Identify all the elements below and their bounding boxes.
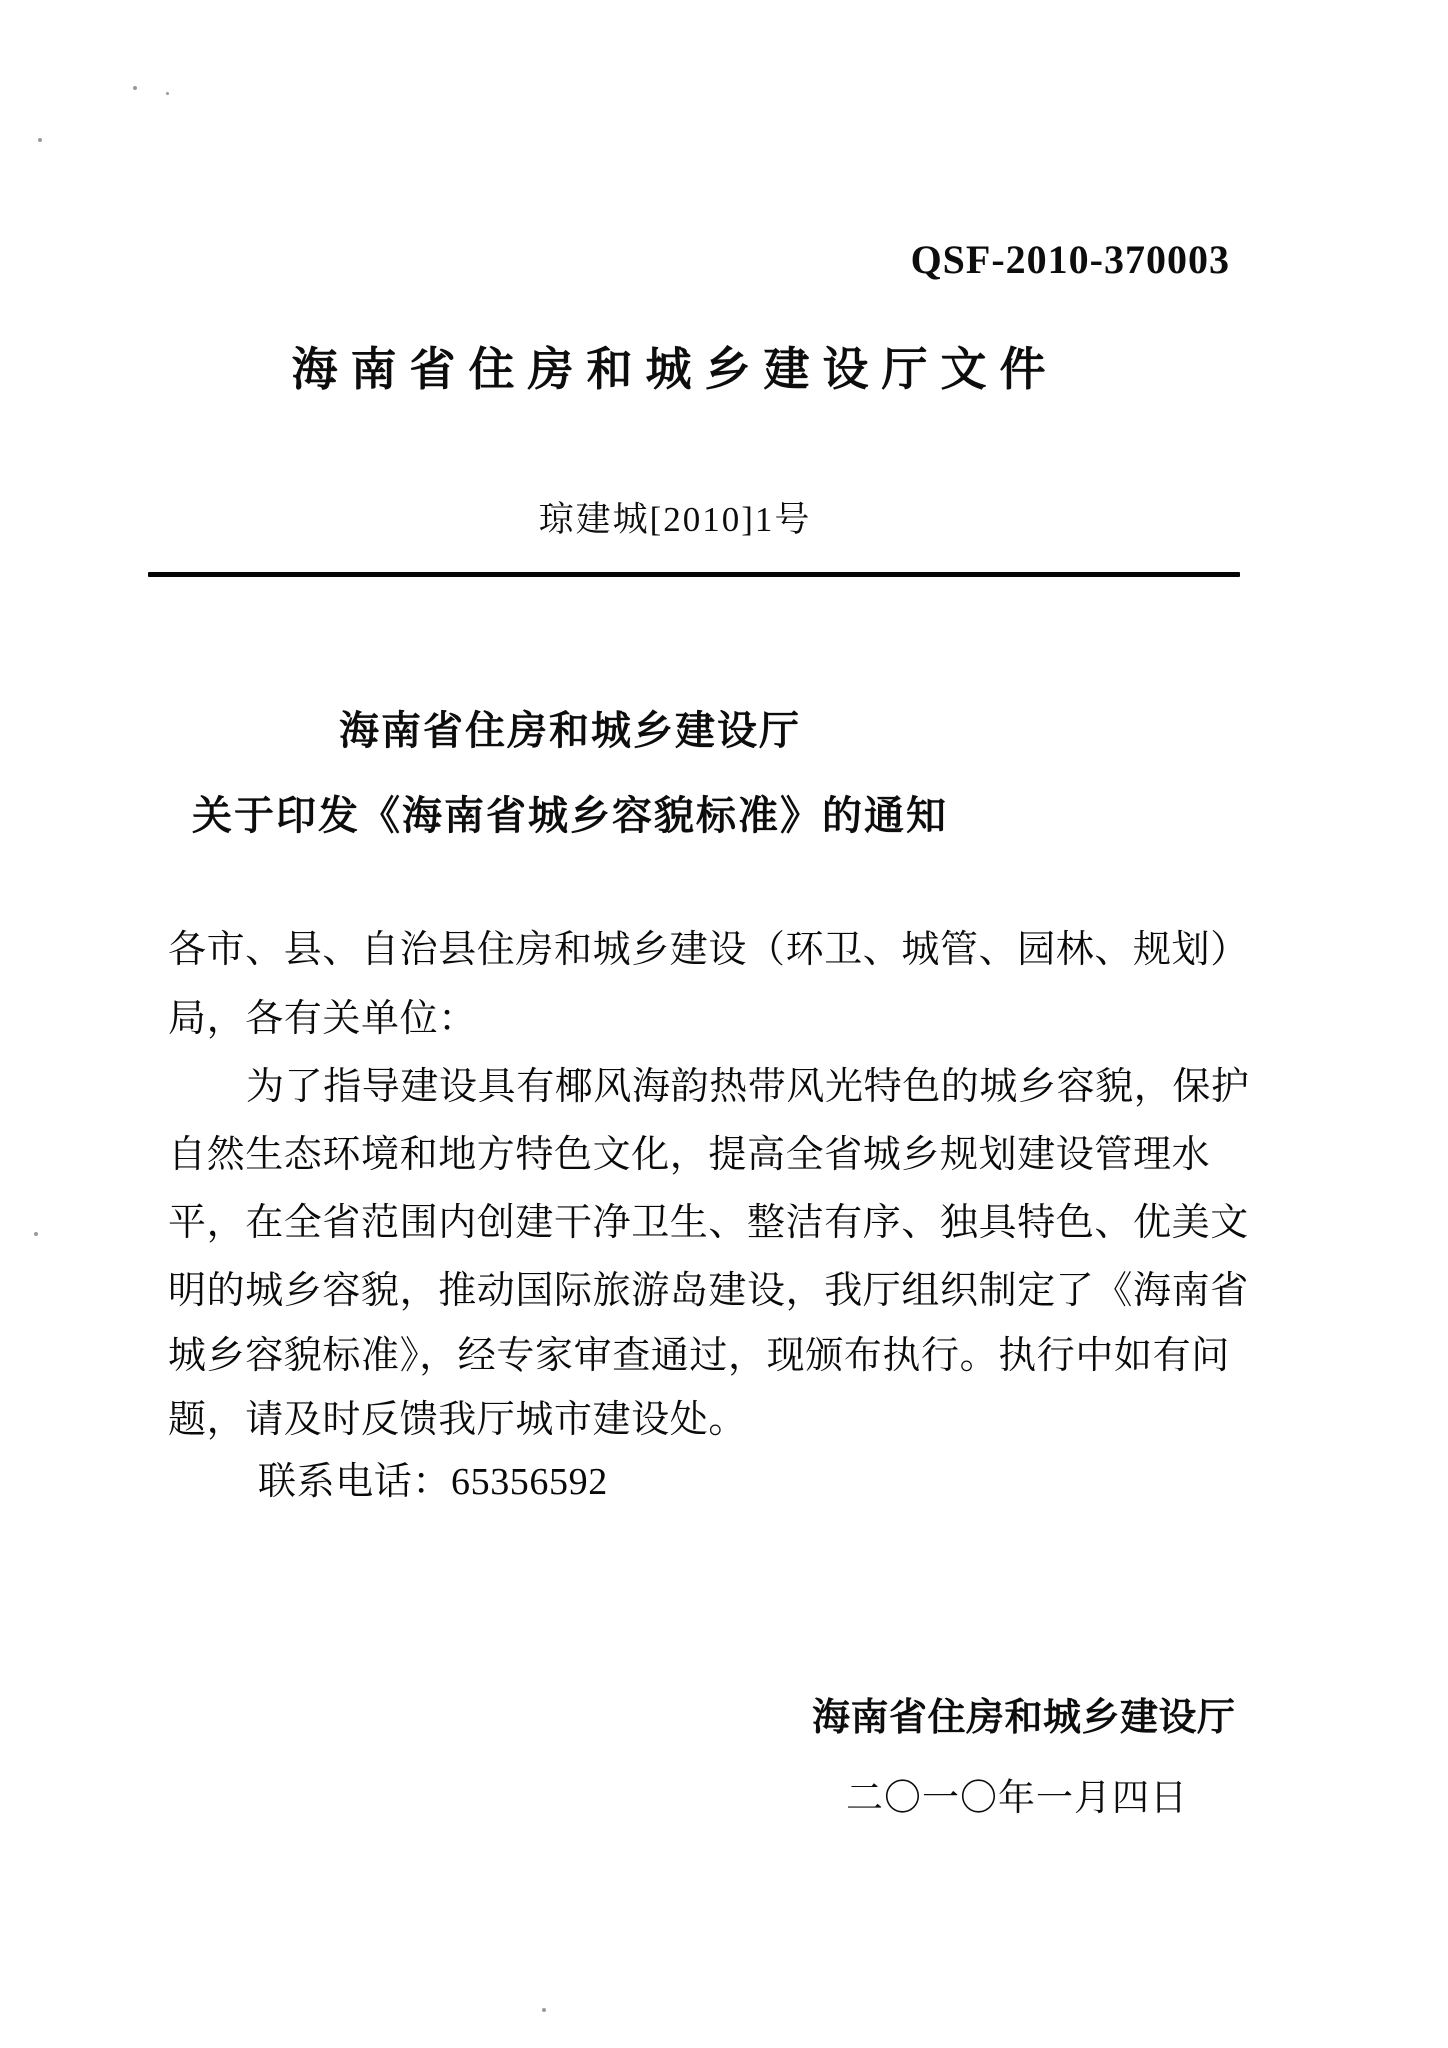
body-line-4: 自然生态环境和地方特色文化，提高全省城乡规划建设管理水 bbox=[168, 1123, 1288, 1178]
doc-number: 琼建城[2010]1号 bbox=[539, 500, 812, 539]
org-title-wrap: 海南省住房和城乡建设厅文件 bbox=[150, 333, 1200, 399]
contact-phone-line: 联系电话：65356592 bbox=[168, 1450, 1378, 1505]
body-line-2: 局，各有关单位： bbox=[168, 987, 1288, 1042]
notice-title-line1: 海南省住房和城乡建设厅 bbox=[150, 688, 990, 773]
body-line-5: 平，在全省范围内创建干净卫生、整洁有序、独具特色、优美文 bbox=[168, 1191, 1288, 1246]
scan-artifact bbox=[38, 138, 42, 142]
body-line-3: 为了指导建设具有椰风海韵热带风光特色的城乡容貌，保护 bbox=[168, 1055, 1366, 1110]
notice-title: 海南省住房和城乡建设厅 关于印发《海南省城乡容貌标准》的通知 bbox=[150, 688, 990, 858]
signature-block: 海南省住房和城乡建设厅 二〇一〇年一月四日 bbox=[812, 1686, 1222, 1821]
scan-artifact bbox=[542, 2008, 546, 2012]
body-line-7: 城乡容貌标准》，经专家审查通过，现颁布执行。执行中如有问 bbox=[168, 1324, 1288, 1379]
scan-artifact bbox=[166, 92, 169, 95]
scan-artifact bbox=[34, 1232, 38, 1236]
notice-title-line2: 关于印发《海南省城乡容貌标准》的通知 bbox=[150, 773, 990, 858]
scan-artifact bbox=[133, 86, 137, 90]
document-page: QSF-2010-370003 海南省住房和城乡建设厅文件 琼建城[2010]1… bbox=[0, 0, 1448, 2048]
body-line-8: 题，请及时反馈我厅城市建设处。 bbox=[168, 1388, 1288, 1443]
org-title: 海南省住房和城乡建设厅文件 bbox=[292, 344, 1059, 395]
header-divider-rule bbox=[148, 572, 1240, 577]
document-code: QSF-2010-370003 bbox=[150, 236, 1230, 283]
signature-date: 二〇一〇年一月四日 bbox=[812, 1767, 1222, 1821]
signature-organization: 海南省住房和城乡建设厅 bbox=[812, 1686, 1222, 1741]
doc-number-wrap: 琼建城[2010]1号 bbox=[150, 492, 1200, 542]
body-line-1: 各市、县、自治县住房和城乡建设（环卫、城管、园林、规划） bbox=[168, 918, 1288, 973]
body-line-6: 明的城乡容貌，推动国际旅游岛建设，我厅组织制定了《海南省 bbox=[168, 1259, 1288, 1314]
